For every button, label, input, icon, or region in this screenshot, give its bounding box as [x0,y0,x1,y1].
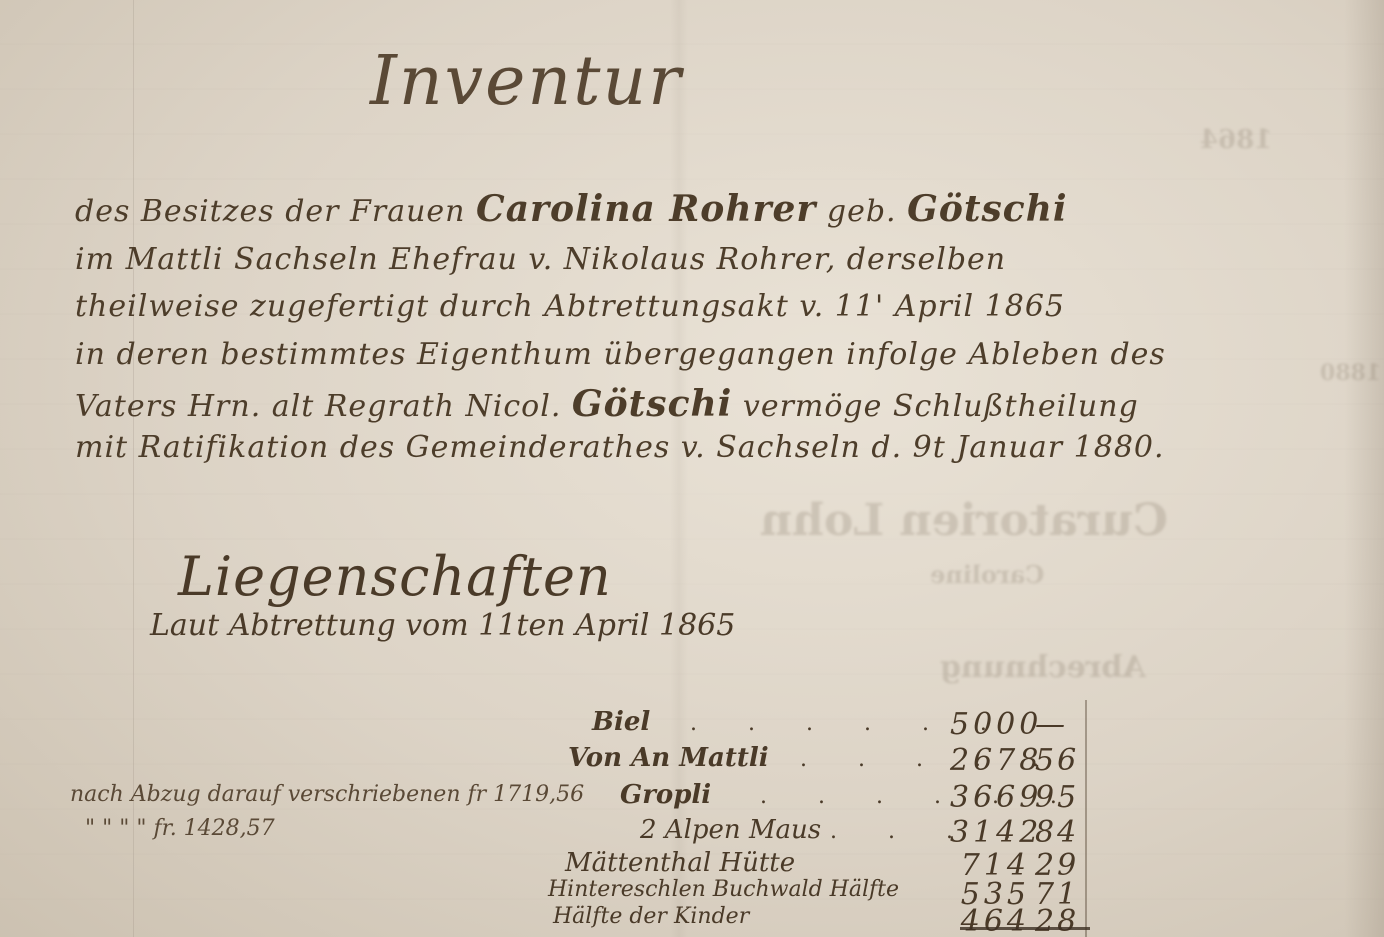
property-rappen: — [1035,707,1085,742]
maiden-name: Götschi [907,188,1067,230]
property-label: 2 Alpen Maus [640,815,821,845]
page-edge-shadow [1344,0,1384,937]
property-francs: 3669 [950,780,1030,815]
section-heading: Liegenschaften [178,545,612,608]
intro-text: vermöge Schlußtheilung [732,389,1138,424]
property-row: 2 Alpen Maus . . . . 3142 84 [0,815,1100,845]
intro-line-3: theilweise zugefertigt durch Abtrettungs… [75,289,1065,324]
property-label: Mättenthal Hütte [565,848,795,878]
property-row: Gropli . . . . . . 3669 95 [0,780,1100,810]
bleed-through-text: 1864 [1200,125,1272,155]
property-label: Hälfte der Kinder [553,904,749,929]
property-row: Hälfte der Kinder 464 28 [0,904,1100,934]
intro-line-1: des Besitzes der Frauen Carolina Rohrer … [75,188,1068,230]
property-label: Hintereschlen Buchwald Hälfte [548,877,899,902]
intro-text: des Besitzes der Frauen [75,194,476,229]
property-row: Biel . . . . . . 5000 — [0,707,1100,737]
intro-text: geb. [816,194,907,229]
bleed-through-text: Abrechnung [940,650,1146,685]
property-row: Hintereschlen Buchwald Hälfte 535 71 [0,877,1100,907]
intro-text: Vaters Hrn. alt Regrath Nicol. [75,389,572,424]
bleed-through-text: Caroline [930,560,1044,589]
property-rappen: 84 [1035,815,1085,850]
property-francs: 2678 [950,743,1030,778]
intro-line-6: mit Ratifikation des Gemeinderathes v. S… [75,430,1165,465]
property-rappen: 56 [1035,743,1085,778]
property-row: Mättenthal Hütte 714 29 [0,848,1100,878]
property-francs: 464 [950,904,1030,937]
document-title: Inventur [370,42,683,121]
sum-rule [960,927,1090,930]
property-francs: 5000 [950,707,1030,742]
property-label: Gropli [620,780,711,810]
property-rappen: 95 [1035,780,1085,815]
section-subheading: Laut Abtrettung vom 11ten April 1865 [150,608,735,643]
intro-line-2: im Mattli Sachseln Ehefrau v. Nikolaus R… [75,242,1006,277]
property-rappen: 28 [1035,904,1085,937]
property-francs: 3142 [950,815,1030,850]
property-label: Biel [592,707,650,737]
property-row: Von An Mattli . . . . . 2678 56 [0,743,1100,773]
intro-line-5: Vaters Hrn. alt Regrath Nicol. Götschi v… [75,383,1139,425]
bleed-through-text: Curatorien Lohn [760,495,1168,546]
father-name: Götschi [572,383,732,425]
property-label: Von An Mattli [568,743,769,773]
intro-line-4: in deren bestimmtes Eigenthum übergegang… [75,337,1166,372]
owner-name: Carolina Rohrer [476,188,816,230]
